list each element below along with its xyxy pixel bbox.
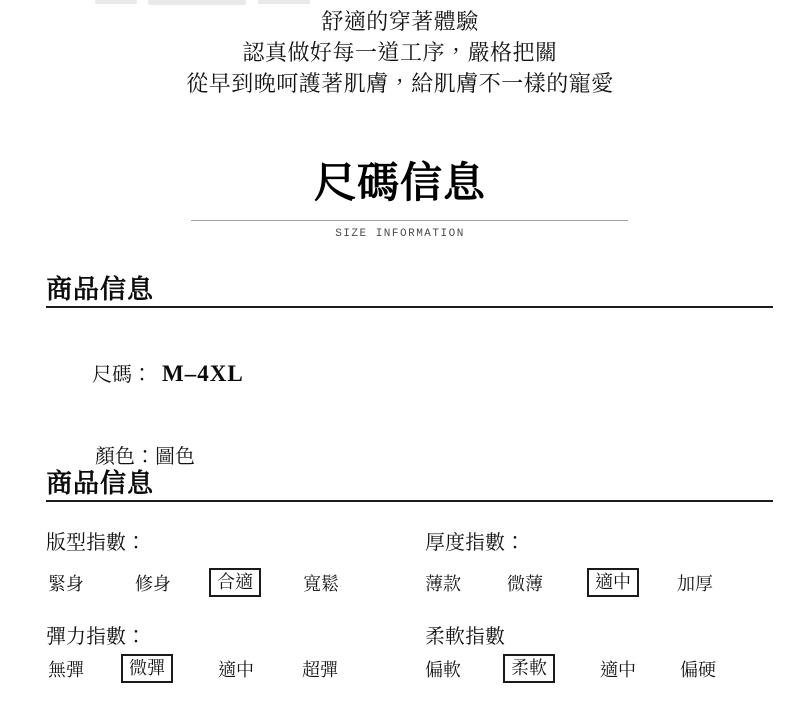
product-info-heading-2: 商品信息: [46, 468, 154, 499]
option-chip: 寬鬆: [303, 575, 339, 593]
color-row: 顏色：圖色: [95, 440, 195, 469]
option-chip: 緊身: [48, 575, 84, 593]
elasticity-index-options: 無彈 微彈 適中 超彈: [46, 652, 416, 686]
size-label: 尺碼：: [92, 358, 152, 387]
option-chip-selected: 微彈: [121, 654, 173, 683]
thickness-index-label: 厚度指數：: [425, 532, 525, 555]
intro-line-1: 舒適的穿著體驗: [0, 6, 800, 37]
option-chip-selected: 適中: [587, 568, 639, 597]
size-info-title: 尺碼信息: [0, 158, 800, 208]
artifact-fragment: [95, 0, 137, 4]
thickness-index-options: 薄款 微薄 適中 加厚: [425, 566, 795, 600]
title-divider: [191, 220, 628, 221]
intro-text: 舒適的穿著體驗 認真做好每一道工序，嚴格把關 從早到晚呵護著肌膚，給肌膚不一樣的…: [0, 6, 800, 99]
option-chip: 偏軟: [425, 661, 461, 679]
size-info-page: 舒適的穿著體驗 認真做好每一道工序，嚴格把關 從早到晚呵護著肌膚，給肌膚不一樣的…: [0, 0, 800, 726]
product-info-heading-1: 商品信息: [46, 274, 154, 305]
artifact-fragment: [148, 0, 246, 5]
option-chip: 適中: [218, 661, 254, 679]
size-value: M–4XL: [162, 361, 244, 387]
option-chip: 超彈: [302, 661, 338, 679]
option-chip-selected: 柔軟: [503, 654, 555, 683]
softness-index-label: 柔軟指數: [425, 626, 505, 649]
color-label: 顏色：: [95, 446, 155, 468]
intro-line-2: 認真做好每一道工序，嚴格把關: [0, 37, 800, 68]
softness-index-options: 偏軟 柔軟 適中 偏硬: [425, 652, 795, 686]
section-underline-2: [46, 500, 773, 502]
fit-index-options: 緊身 修身 合適 寬鬆: [46, 566, 416, 600]
color-value: 圖色: [155, 446, 195, 468]
option-chip: 加厚: [677, 575, 713, 593]
size-row: 尺碼： M–4XL: [92, 358, 244, 387]
fit-index-label: 版型指數：: [46, 532, 146, 555]
option-chip: 無彈: [48, 661, 84, 679]
intro-line-3: 從早到晚呵護著肌膚，給肌膚不一樣的寵愛: [0, 68, 800, 99]
option-chip: 修身: [135, 575, 171, 593]
option-chip: 適中: [600, 661, 636, 679]
option-chip: 偏硬: [680, 661, 716, 679]
section-underline-1: [46, 306, 773, 308]
artifact-fragment: [258, 0, 310, 4]
option-chip: 薄款: [425, 575, 461, 593]
size-info-subtitle: SIZE INFORMATION: [0, 228, 800, 240]
option-chip: 微薄: [507, 575, 543, 593]
elasticity-index-label: 彈力指數：: [46, 626, 146, 649]
option-chip-selected: 合適: [209, 568, 261, 597]
